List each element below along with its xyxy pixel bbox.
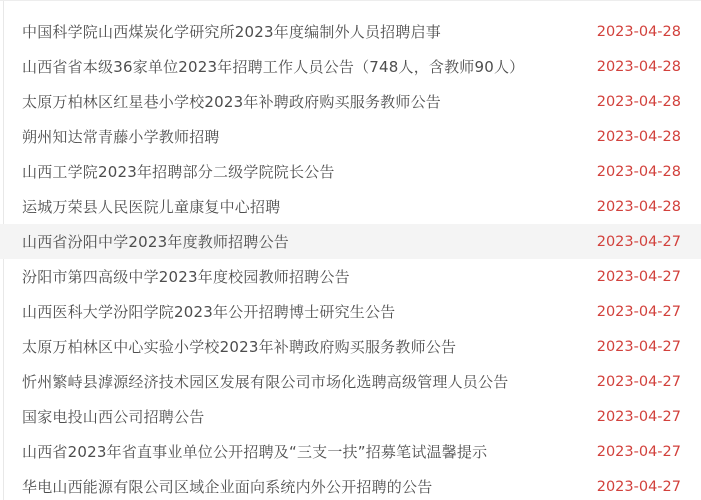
list-item[interactable]: 运城万荣县人民医院儿童康复中心招聘 2023-04-28 <box>0 189 701 224</box>
announcement-link[interactable]: 山西省汾阳中学2023年度教师招聘公告 <box>22 231 583 252</box>
announcement-date: 2023-04-27 <box>597 374 681 390</box>
announcement-link[interactable]: 太原万柏林区中心实验小学校2023年补聘政府购买服务教师公告 <box>22 336 583 357</box>
announcement-link[interactable]: 朔州知达常青藤小学教师招聘 <box>22 126 583 147</box>
announcement-link[interactable]: 山西省2023年省直事业单位公开招聘及“三支一扶”招募笔试温馨提示 <box>22 441 583 462</box>
announcement-link[interactable]: 汾阳市第四高级中学2023年度校园教师招聘公告 <box>22 266 583 287</box>
announcement-date: 2023-04-27 <box>597 479 681 495</box>
announcement-list: 中国科学院山西煤炭化学研究所2023年度编制外人员招聘启事 2023-04-28… <box>0 1 701 500</box>
list-item-highlighted[interactable]: 山西省汾阳中学2023年度教师招聘公告 2023-04-27 <box>0 224 701 259</box>
announcement-date: 2023-04-27 <box>597 234 681 250</box>
announcement-date: 2023-04-27 <box>597 339 681 355</box>
announcement-date: 2023-04-27 <box>597 409 681 425</box>
announcement-link[interactable]: 山西医科大学汾阳学院2023年公开招聘博士研究生公告 <box>22 301 583 322</box>
announcement-date: 2023-04-28 <box>597 24 681 40</box>
announcement-link[interactable]: 山西省省本级36家单位2023年招聘工作人员公告（748人，含教师90人） <box>22 56 583 77</box>
announcement-link[interactable]: 太原万柏林区红星巷小学校2023年补聘政府购买服务教师公告 <box>22 91 583 112</box>
announcement-date: 2023-04-27 <box>597 304 681 320</box>
list-item[interactable]: 华电山西能源有限公司区域企业面向系统内外公开招聘的公告 2023-04-27 <box>0 469 701 500</box>
announcement-link[interactable]: 运城万荣县人民医院儿童康复中心招聘 <box>22 196 583 217</box>
list-item[interactable]: 太原万柏林区红星巷小学校2023年补聘政府购买服务教师公告 2023-04-28 <box>0 84 701 119</box>
list-item[interactable]: 山西医科大学汾阳学院2023年公开招聘博士研究生公告 2023-04-27 <box>0 294 701 329</box>
list-item[interactable]: 国家电投山西公司招聘公告 2023-04-27 <box>0 399 701 434</box>
list-item[interactable]: 汾阳市第四高级中学2023年度校园教师招聘公告 2023-04-27 <box>0 259 701 294</box>
list-item[interactable]: 山西工学院2023年招聘部分二级学院院长公告 2023-04-28 <box>0 154 701 189</box>
announcement-date: 2023-04-27 <box>597 444 681 460</box>
announcement-date: 2023-04-28 <box>597 94 681 110</box>
announcement-date: 2023-04-28 <box>597 199 681 215</box>
list-item[interactable]: 太原万柏林区中心实验小学校2023年补聘政府购买服务教师公告 2023-04-2… <box>0 329 701 364</box>
list-item[interactable]: 山西省省本级36家单位2023年招聘工作人员公告（748人，含教师90人） 20… <box>0 49 701 84</box>
announcement-date: 2023-04-28 <box>597 129 681 145</box>
announcement-link[interactable]: 山西工学院2023年招聘部分二级学院院长公告 <box>22 161 583 182</box>
list-item[interactable]: 忻州繁峙县滹源经济技术园区发展有限公司市场化选聘高级管理人员公告 2023-04… <box>0 364 701 399</box>
announcement-link[interactable]: 中国科学院山西煤炭化学研究所2023年度编制外人员招聘启事 <box>22 21 583 42</box>
announcement-date: 2023-04-28 <box>597 164 681 180</box>
list-item[interactable]: 中国科学院山西煤炭化学研究所2023年度编制外人员招聘启事 2023-04-28 <box>0 14 701 49</box>
announcement-panel: 中国科学院山西煤炭化学研究所2023年度编制外人员招聘启事 2023-04-28… <box>0 0 701 500</box>
announcement-date: 2023-04-28 <box>597 59 681 75</box>
list-item[interactable]: 山西省2023年省直事业单位公开招聘及“三支一扶”招募笔试温馨提示 2023-0… <box>0 434 701 469</box>
announcement-link[interactable]: 国家电投山西公司招聘公告 <box>22 406 583 427</box>
announcement-date: 2023-04-27 <box>597 269 681 285</box>
list-item[interactable]: 朔州知达常青藤小学教师招聘 2023-04-28 <box>0 119 701 154</box>
announcement-link[interactable]: 华电山西能源有限公司区域企业面向系统内外公开招聘的公告 <box>22 476 583 497</box>
announcement-link[interactable]: 忻州繁峙县滹源经济技术园区发展有限公司市场化选聘高级管理人员公告 <box>22 371 583 392</box>
